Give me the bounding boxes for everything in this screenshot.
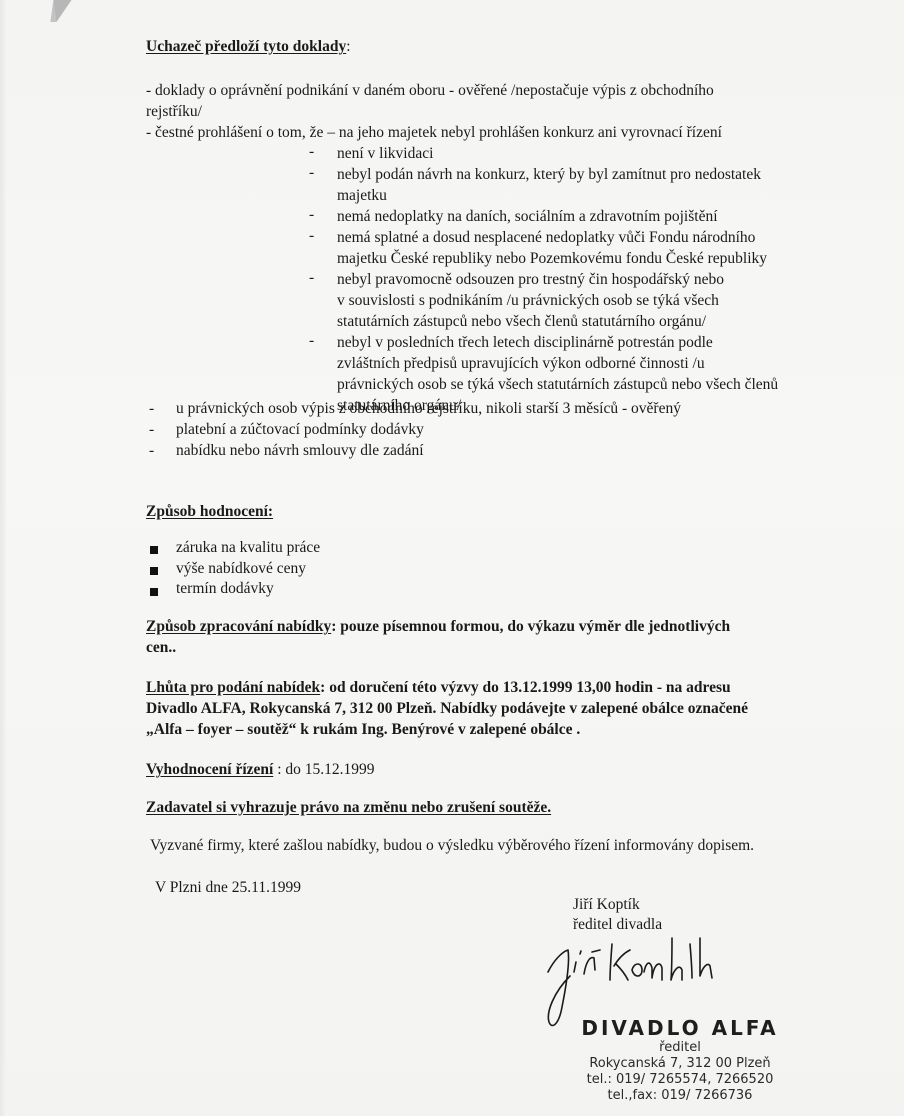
sub-item-4-line-1: nemá splatné a dosud nesplacené nedoplat…	[337, 227, 755, 248]
dash-marker: -	[149, 400, 154, 418]
evaluation-item-1: záruka na kvalitu práce	[176, 539, 320, 557]
stamp-name: DIVADLO ALFA	[560, 1016, 800, 1040]
deadline-label: Lhůta pro podání nabídek	[146, 679, 320, 696]
evaluation-item-3: termín dodávky	[176, 580, 274, 598]
requirements-heading: Uchazeč předloží tyto doklady:	[146, 38, 351, 56]
sub-item-3: nemá nedoplatky na daních, sociálním a z…	[337, 206, 718, 227]
dash-marker: -	[309, 206, 314, 224]
dash-marker: -	[309, 164, 314, 182]
deadline-text: : od doručení této výzvy do 13.12.1999 1…	[320, 679, 731, 696]
processing-label: Způsob zpracování nabídky	[146, 618, 331, 635]
square-bullet-icon	[150, 588, 158, 596]
heading-colon: :	[346, 38, 350, 55]
dash-marker: -	[309, 227, 314, 245]
signatory-name: Jiří Koptík	[573, 895, 640, 915]
place-date: V Plzni dne 25.11.1999	[155, 878, 301, 898]
evaluation-date-label: Vyhodnocení řízení	[146, 761, 273, 778]
sub-item-5-line-1: nebyl pravomocně odsouzen pro trestný či…	[337, 269, 724, 290]
deadline-line-2: Divadlo ALFA, Rokycanská 7, 312 00 Plzeň…	[146, 699, 748, 719]
stamp-role: ředitel	[560, 1040, 800, 1056]
deadline-line-1: Lhůta pro podání nabídek: od doručení té…	[146, 678, 731, 698]
dash-marker: -	[149, 442, 154, 460]
evaluation-item-2: výše nabídkové ceny	[176, 560, 306, 578]
sub-item-2-line-2: majetku	[337, 185, 387, 206]
sub-item-4-line-2: majetku České republiky nebo Pozemkovému…	[337, 248, 767, 269]
more-item-1: u právnických osob výpis z obchodního re…	[176, 400, 681, 418]
sub-item-5-line-3: statutárních zástupců nebo všech členů s…	[337, 311, 706, 332]
dash-marker: -	[149, 421, 154, 439]
dash-marker: -	[309, 143, 314, 161]
dash-marker: -	[309, 332, 314, 350]
stamp-address: Rokycanská 7, 312 00 Plzeň	[560, 1056, 800, 1072]
evaluation-heading: Způsob hodnocení:	[146, 502, 273, 522]
document-page: Uchazeč předloží tyto doklady: - doklady…	[0, 0, 904, 1116]
sub-item-1: není v likvidaci	[337, 143, 433, 164]
deadline-line-3: „Alfa – foyer – soutěž“ k rukám Ing. Ben…	[146, 720, 580, 740]
more-item-2: platební a zúčtovací podmínky dodávky	[176, 421, 424, 439]
institution-stamp: DIVADLO ALFA ředitel Rokycanská 7, 312 0…	[560, 1016, 800, 1104]
sub-item-6-line-1: nebyl v posledních třech letech discipli…	[337, 332, 713, 353]
square-bullet-icon	[150, 567, 158, 575]
reservation-note: Zadavatel si vyhrazuje právo na změnu ne…	[146, 798, 551, 818]
evaluation-date-text: : do 15.12.1999	[273, 761, 374, 778]
requirement-item-1-line-1: - doklady o oprávnění podnikání v daném …	[146, 80, 714, 101]
notification-text: Vyzvané firmy, které zašlou nabídky, bud…	[150, 836, 754, 856]
processing-line-2: cen..	[146, 638, 176, 658]
square-bullet-icon	[150, 546, 158, 554]
evaluation-date: Vyhodnocení řízení : do 15.12.1999	[146, 760, 375, 780]
sub-item-6-line-3: právnických osob se týká všech statutárn…	[337, 374, 778, 395]
stamp-tel: tel.: 019/ 7265574, 7266520	[560, 1072, 800, 1088]
dash-marker: -	[309, 269, 314, 287]
sub-item-6-line-2: zvláštních předpisů upravujících výkon o…	[337, 353, 705, 374]
processing-text: : pouze písemnou formou, do výkazu výměr…	[331, 618, 730, 635]
requirement-item-1-line-2: rejstříku/	[146, 101, 202, 122]
corner-fold	[50, 0, 71, 22]
stamp-fax: tel.,fax: 019/ 7266736	[560, 1088, 800, 1104]
requirements-heading-text: Uchazeč předloží tyto doklady	[146, 38, 346, 55]
sub-item-2-line-1: nebyl podán návrh na konkurz, který by b…	[337, 164, 761, 185]
scan-edge	[0, 0, 6, 1116]
processing-line-1: Způsob zpracování nabídky: pouze písemno…	[146, 617, 730, 637]
sub-item-5-line-2: v souvislosti s podnikáním /u právnickýc…	[337, 290, 719, 311]
requirement-item-2: - čestné prohlášení o tom, že – na jeho …	[146, 122, 722, 143]
more-item-3: nabídku nebo návrh smlouvy dle zadání	[176, 442, 424, 460]
